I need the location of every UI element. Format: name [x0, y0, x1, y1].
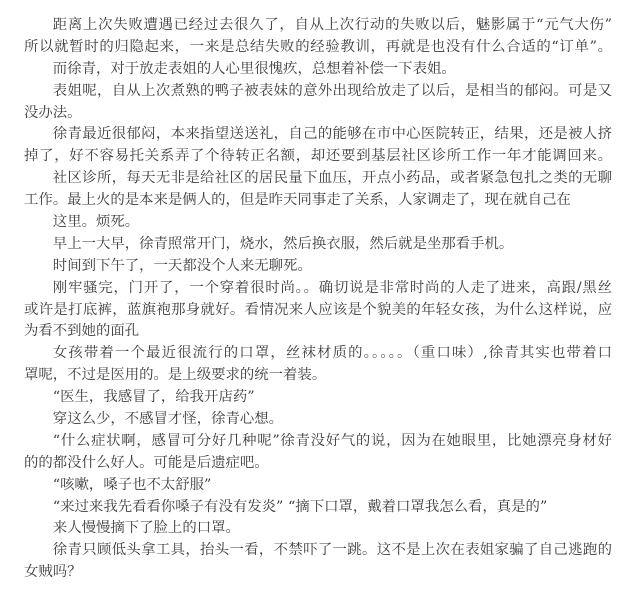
text-line: 徐青最近很郁闷，本来指望送送礼，自己的能够在市中心医院转正，结果，还是被人挤 [24, 124, 612, 146]
text-line: 或许是打底裤，蓝旗袍那身就好。看情况来人应该是个貌美的年轻女孩，为什么这样说，应 [24, 300, 612, 322]
text-line: 这里。烦死。 [24, 212, 612, 234]
text-line: “咳嗽，嗓子也不太舒服” [24, 475, 612, 497]
text-line: 没办法。 [24, 103, 612, 125]
text-line: 穿这么少，不感冒才怪，徐青心想。 [24, 409, 612, 431]
text-line: 而徐青，对于放走表姐的人心里很愧疚，总想着补偿一下表姐。 [24, 59, 612, 81]
text-line: “来过来我先看看你嗓子有没有发炎” “摘下口罩，戴着口罩我怎么看，真是的” [24, 497, 612, 519]
text-line: 徐青只顾低头拿工具，抬头一看，不禁吓了一跳。这不是上次在表姐家骗了自己逃跑的 [24, 540, 612, 562]
text-line: 掉了，好不容易托关系弄了个待转正名额，却还要到基层社区诊所工作一年才能调回来。 [24, 146, 612, 168]
text-line: “什么症状啊，感冒可分好几种呢”徐青没好气的说，因为在她眼里，比她漂亮身材好 [24, 431, 612, 453]
text-line: 表姐呢，自从上次煮熟的鸭子被表妹的意外出现给放走了以后，是相当的郁闷。可是又 [24, 81, 612, 103]
text-line: 来人慢慢摘下了脸上的口罩。 [24, 518, 612, 540]
text-line: 为看不到她的面孔 [24, 321, 612, 343]
text-line: 刚牢骚完，门开了，一个穿着很时尚。。确切说是非常时尚的人走了进来，高跟/黑丝 [24, 278, 612, 300]
text-line: 工作。最上火的是本来是俩人的，但是昨天同事走了关系，人家调走了，现在就自己在 [24, 190, 612, 212]
text-line: 女贼吗？ [24, 562, 612, 584]
text-line: 社区诊所，每天无非是给社区的居民量下血压，开点小药品，或者紧急包扎之类的无聊 [24, 168, 612, 190]
text-line: 女孩带着一个最近很流行的口罩，丝袜材质的。。。。。（重口味）,徐青其实也带着口 [24, 343, 612, 365]
document-body: 距离上次失败遭遇已经过去很久了，自从上次行动的失败以后，魅影属于“元气大伤” 所… [24, 15, 612, 584]
text-line: 距离上次失败遭遇已经过去很久了，自从上次行动的失败以后，魅影属于“元气大伤” [24, 15, 612, 37]
text-line: 所以就暂时的归隐起来，一来是总结失败的经验教训，再就是也没有什么合适的“订单”。 [24, 37, 612, 59]
text-line: 早上一大早，徐青照常开门，烧水，然后换衣服，然后就是坐那看手机。 [24, 234, 612, 256]
text-line: 时间到下午了，一天都没个人来无聊死。 [24, 256, 612, 278]
text-line: 罩呢，不过是医用的。是上级要求的统一着装。 [24, 365, 612, 387]
text-line: “医生，我感冒了，给我开店药” [24, 387, 612, 409]
text-line: 的的都没什么好人。可能是后遗症吧。 [24, 453, 612, 475]
